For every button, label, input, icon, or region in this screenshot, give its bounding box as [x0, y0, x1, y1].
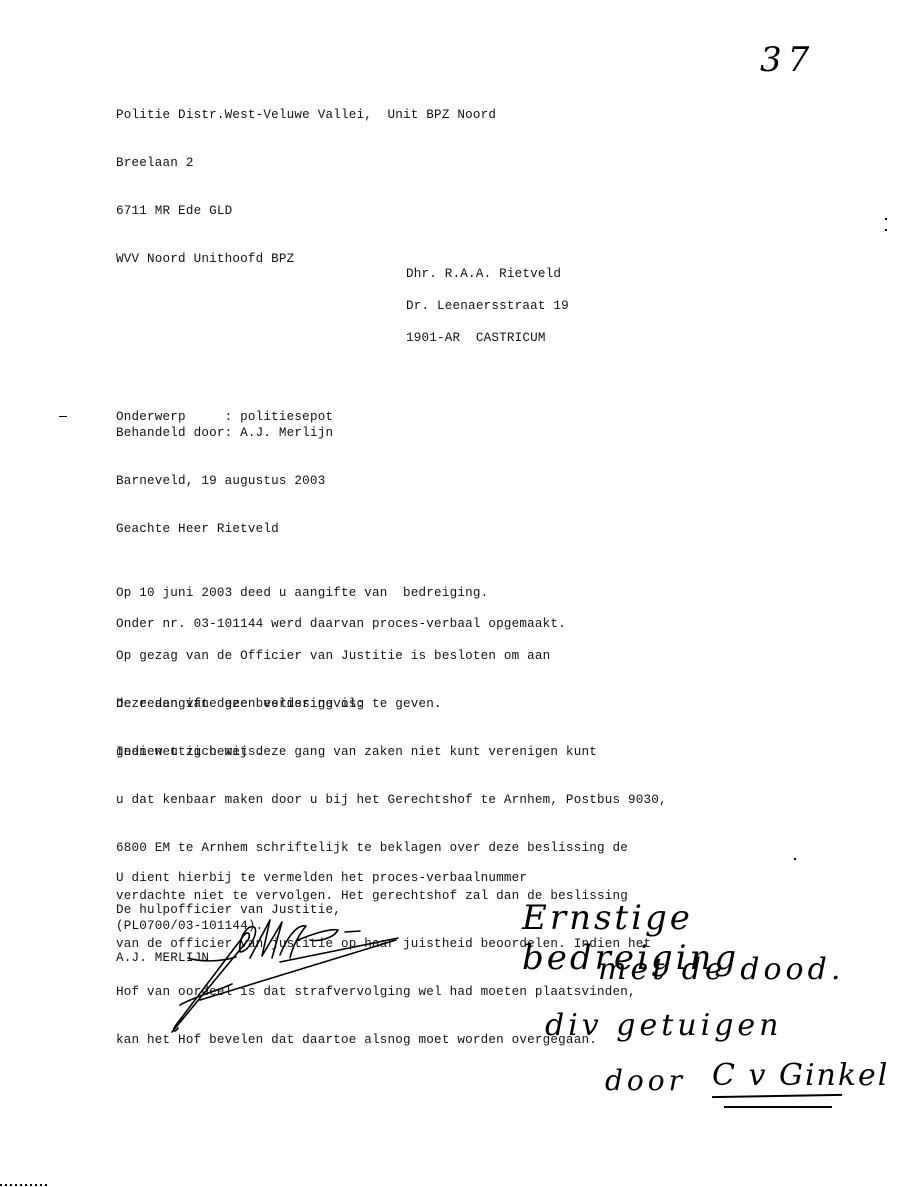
scan-edge-dots — [0, 1184, 48, 1186]
handwritten-underline — [724, 1106, 832, 1108]
handwritten-note-line-4: door — [605, 1064, 686, 1097]
handwritten-note-line-2: met de dood. — [598, 952, 844, 987]
handwritten-note-line-3: div getuigen — [545, 1008, 783, 1043]
handwritten-note-signature-name: C v Ginkel — [712, 1058, 889, 1093]
